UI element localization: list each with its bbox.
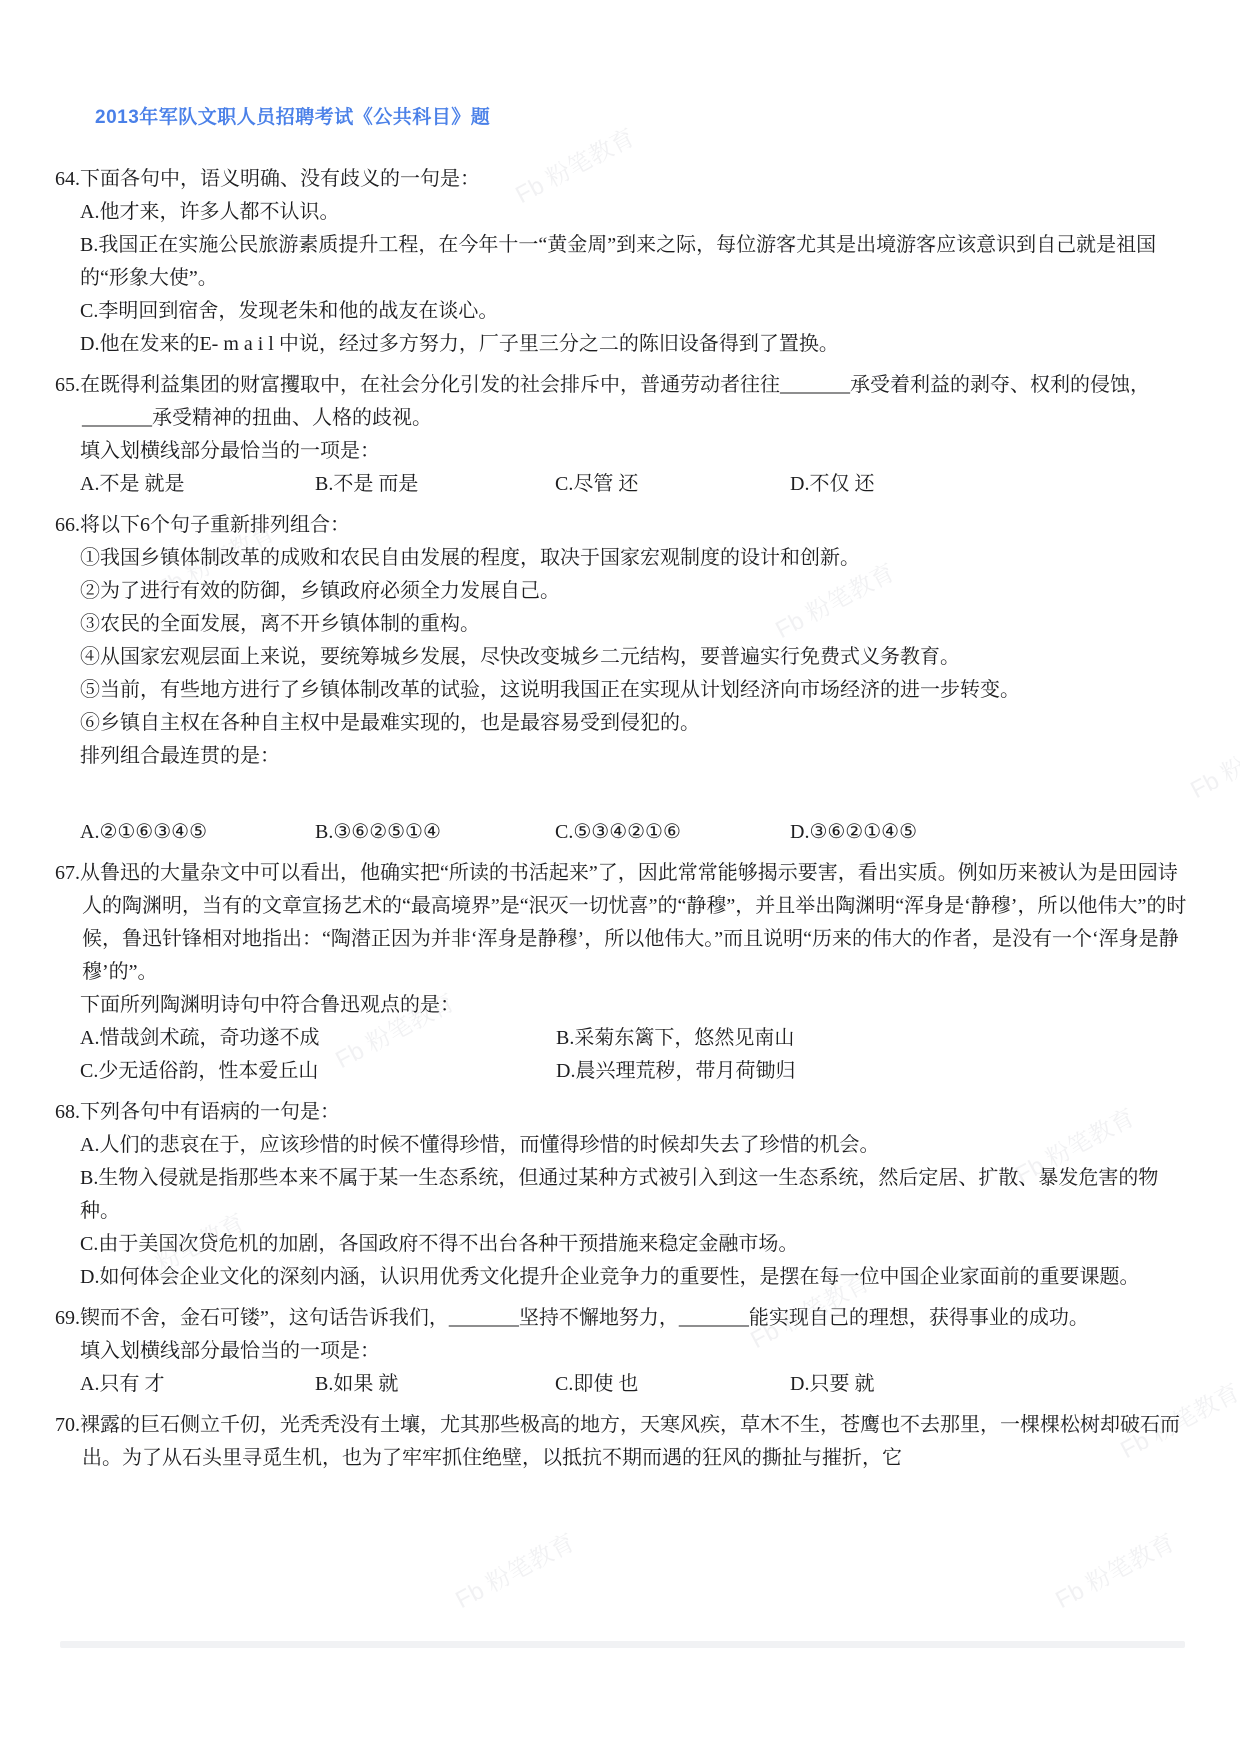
option-A: A.只有 才 [80,1368,315,1401]
numbered-sentence: ①我国乡镇体制改革的成败和农民自由发展的程度，取决于国家宏观制度的设计和创新。 [80,542,1187,575]
option-A: A.人们的悲哀在于，应该珍惜的时候不懂得珍惜，而懂得珍惜的时候却失去了珍惜的机会… [80,1129,1187,1162]
numbered-sentence: ⑥乡镇自主权在各种自主权中是最难实现的，也是最容易受到侵犯的。 [80,707,1187,740]
fill-prompt: 填入划横线部分最恰当的一项是： [80,1335,1187,1368]
options-group: A.②①⑥③④⑤B.③⑥②⑤①④C.⑤③④②①⑥D.③⑥②①④⑤ [80,816,1187,849]
numbered-sentence: ⑤当前，有些地方进行了乡镇体制改革的试验，这说明我国正在实现从计划经济向市场经济… [80,674,1187,707]
question-stem: 裸露的巨石侧立千仞，光秃秃没有土壤，尤其那些极高的地方，天寒风疾，草木不生，苍鹰… [80,1414,1180,1469]
option-D: D.③⑥②①④⑤ [790,816,1187,849]
option-B: B.③⑥②⑤①④ [315,816,555,849]
exam-document-page: 2013年军队文职人员招聘考试《公共科目》题 64.下面各句中，语义明确、没有歧… [0,0,1240,1754]
option-C: C.即使 也 [555,1368,790,1401]
question-67: 67.从鲁迅的大量杂文中可以看出，他确实把“所读的书活起来”了，因此常常能够揭示… [55,857,1187,1088]
option-D: D.晨兴理荒秽，带月荷锄归 [556,1055,1032,1088]
watermark-text: Fb 粉笔教育 [1185,716,1240,806]
question-number: 64. [55,168,80,190]
question-number: 67. [55,862,80,884]
option-C: C.尽管 还 [555,468,790,501]
fill-prompt: 下面所列陶渊明诗句中符合鲁迅观点的是： [80,989,1187,1022]
fill-prompt: 填入划横线部分最恰当的一项是： [80,435,1187,468]
question-stem-row: 64.下面各句中，语义明确、没有歧义的一句是： [55,163,1187,196]
question-68: 68.下列各句中有语病的一句是：A.人们的悲哀在于，应该珍惜的时候不懂得珍惜，而… [55,1096,1187,1294]
question-number: 70. [55,1414,80,1436]
option-D: D.他在发来的E- m a i l 中说，经过多方努力，厂子里三分之二的陈旧设备… [80,328,1187,361]
question-stem-row: 69.锲而不舍，金石可镂”，这句话告诉我们，_______坚持不懈地努力，___… [55,1302,1187,1335]
option-C: C.少无适俗韵，性本爱丘山 [80,1055,556,1088]
question-stem-row: 70.裸露的巨石侧立千仞，光秃秃没有土壤，尤其那些极高的地方，天寒风疾，草木不生… [55,1409,1187,1475]
option-A: A.他才来，许多人都不认识。 [80,196,1187,229]
options-group: A.人们的悲哀在于，应该珍惜的时候不懂得珍惜，而懂得珍惜的时候却失去了珍惜的机会… [80,1129,1187,1294]
page-title: 2013年军队文职人员招聘考试《公共科目》题 [95,101,490,134]
question-stem-row: 66.将以下6个句子重新排列组合： [55,509,1187,542]
question-66: 66.将以下6个句子重新排列组合：①我国乡镇体制改革的成败和农民自由发展的程度，… [55,509,1187,849]
question-list: 64.下面各句中，语义明确、没有歧义的一句是：A.他才来，许多人都不认识。B.我… [55,163,1187,1483]
question-number: 65. [55,374,80,396]
watermark-text: Fb 粉笔教育 [450,1526,581,1616]
option-B: B.生物入侵就是指那些本来不属于某一生态系统，但通过某种方式被引入到这一生态系统… [80,1162,1187,1228]
question-stem-row: 68.下列各句中有语病的一句是： [55,1096,1187,1129]
options-group: A.只有 才B.如果 就C.即使 也D.只要 就 [80,1368,1187,1401]
option-B: B.我国正在实施公民旅游素质提升工程，在今年十一“黄金周”到来之际，每位游客尤其… [80,229,1187,295]
question-stem: 锲而不舍，金石可镂”，这句话告诉我们，_______坚持不懈地努力，______… [80,1307,1089,1329]
option-C: C.李明回到宿舍，发现老朱和他的战友在谈心。 [80,295,1187,328]
question-64: 64.下面各句中，语义明确、没有歧义的一句是：A.他才来，许多人都不认识。B.我… [55,163,1187,361]
option-C: C.⑤③④②①⑥ [555,816,790,849]
option-D: D.不仅 还 [790,468,1187,501]
options-group: A.他才来，许多人都不认识。B.我国正在实施公民旅游素质提升工程，在今年十一“黄… [80,196,1187,361]
question-stem: 将以下6个句子重新排列组合： [80,514,350,536]
option-D: D.只要 就 [790,1368,1187,1401]
question-65: 65.在既得利益集团的财富攫取中，在社会分化引发的社会排斥中，普通劳动者往往__… [55,369,1187,501]
numbered-sentence: ③农民的全面发展，离不开乡镇体制的重构。 [80,608,1187,641]
fill-prompt: 排列组合最连贯的是： [80,740,1187,773]
question-stem: 在既得利益集团的财富攫取中，在社会分化引发的社会排斥中，普通劳动者往往_____… [80,374,1150,429]
footer-divider [60,1641,1185,1648]
option-D: D.如何体会企业文化的深刻内涵，认识用优秀文化提升企业竞争力的重要性，是摆在每一… [80,1261,1187,1294]
numbered-sentence: ②为了进行有效的防御，乡镇政府必须全力发展自己。 [80,575,1187,608]
option-A: A.惜哉剑术疏，奇功遂不成 [80,1022,556,1055]
question-stem-row: 65.在既得利益集团的财富攫取中，在社会分化引发的社会排斥中，普通劳动者往往__… [55,369,1187,435]
options-group: A.惜哉剑术疏，奇功遂不成B.采菊东篱下，悠然见南山C.少无适俗韵，性本爱丘山D… [80,1022,1187,1088]
question-70: 70.裸露的巨石侧立千仞，光秃秃没有土壤，尤其那些极高的地方，天寒风疾，草木不生… [55,1409,1187,1475]
question-stem: 从鲁迅的大量杂文中可以看出，他确实把“所读的书活起来”了，因此常常能够揭示要害，… [80,862,1186,983]
option-A: A.不是 就是 [80,468,315,501]
option-A: A.②①⑥③④⑤ [80,816,315,849]
watermark-text: Fb 粉笔教育 [1050,1526,1181,1616]
question-stem: 下列各句中有语病的一句是： [80,1101,340,1123]
option-B: B.如果 就 [315,1368,555,1401]
question-number: 68. [55,1101,80,1123]
numbered-sentence: ④从国家宏观层面上来说，要统筹城乡发展，尽快改变城乡二元结构，要普遍实行免费式义… [80,641,1187,674]
question-stem-row: 67.从鲁迅的大量杂文中可以看出，他确实把“所读的书活起来”了，因此常常能够揭示… [55,857,1187,989]
option-B: B.采菊东篱下，悠然见南山 [556,1022,1032,1055]
question-69: 69.锲而不舍，金石可镂”，这句话告诉我们，_______坚持不懈地努力，___… [55,1302,1187,1401]
question-number: 69. [55,1307,80,1329]
question-stem: 下面各句中，语义明确、没有歧义的一句是： [80,168,480,190]
options-group: A.不是 就是B.不是 而是C.尽管 还D.不仅 还 [80,468,1187,501]
option-B: B.不是 而是 [315,468,555,501]
question-number: 66. [55,514,80,536]
option-C: C.由于美国次贷危机的加剧，各国政府不得不出台各种干预措施来稳定金融市场。 [80,1228,1187,1261]
